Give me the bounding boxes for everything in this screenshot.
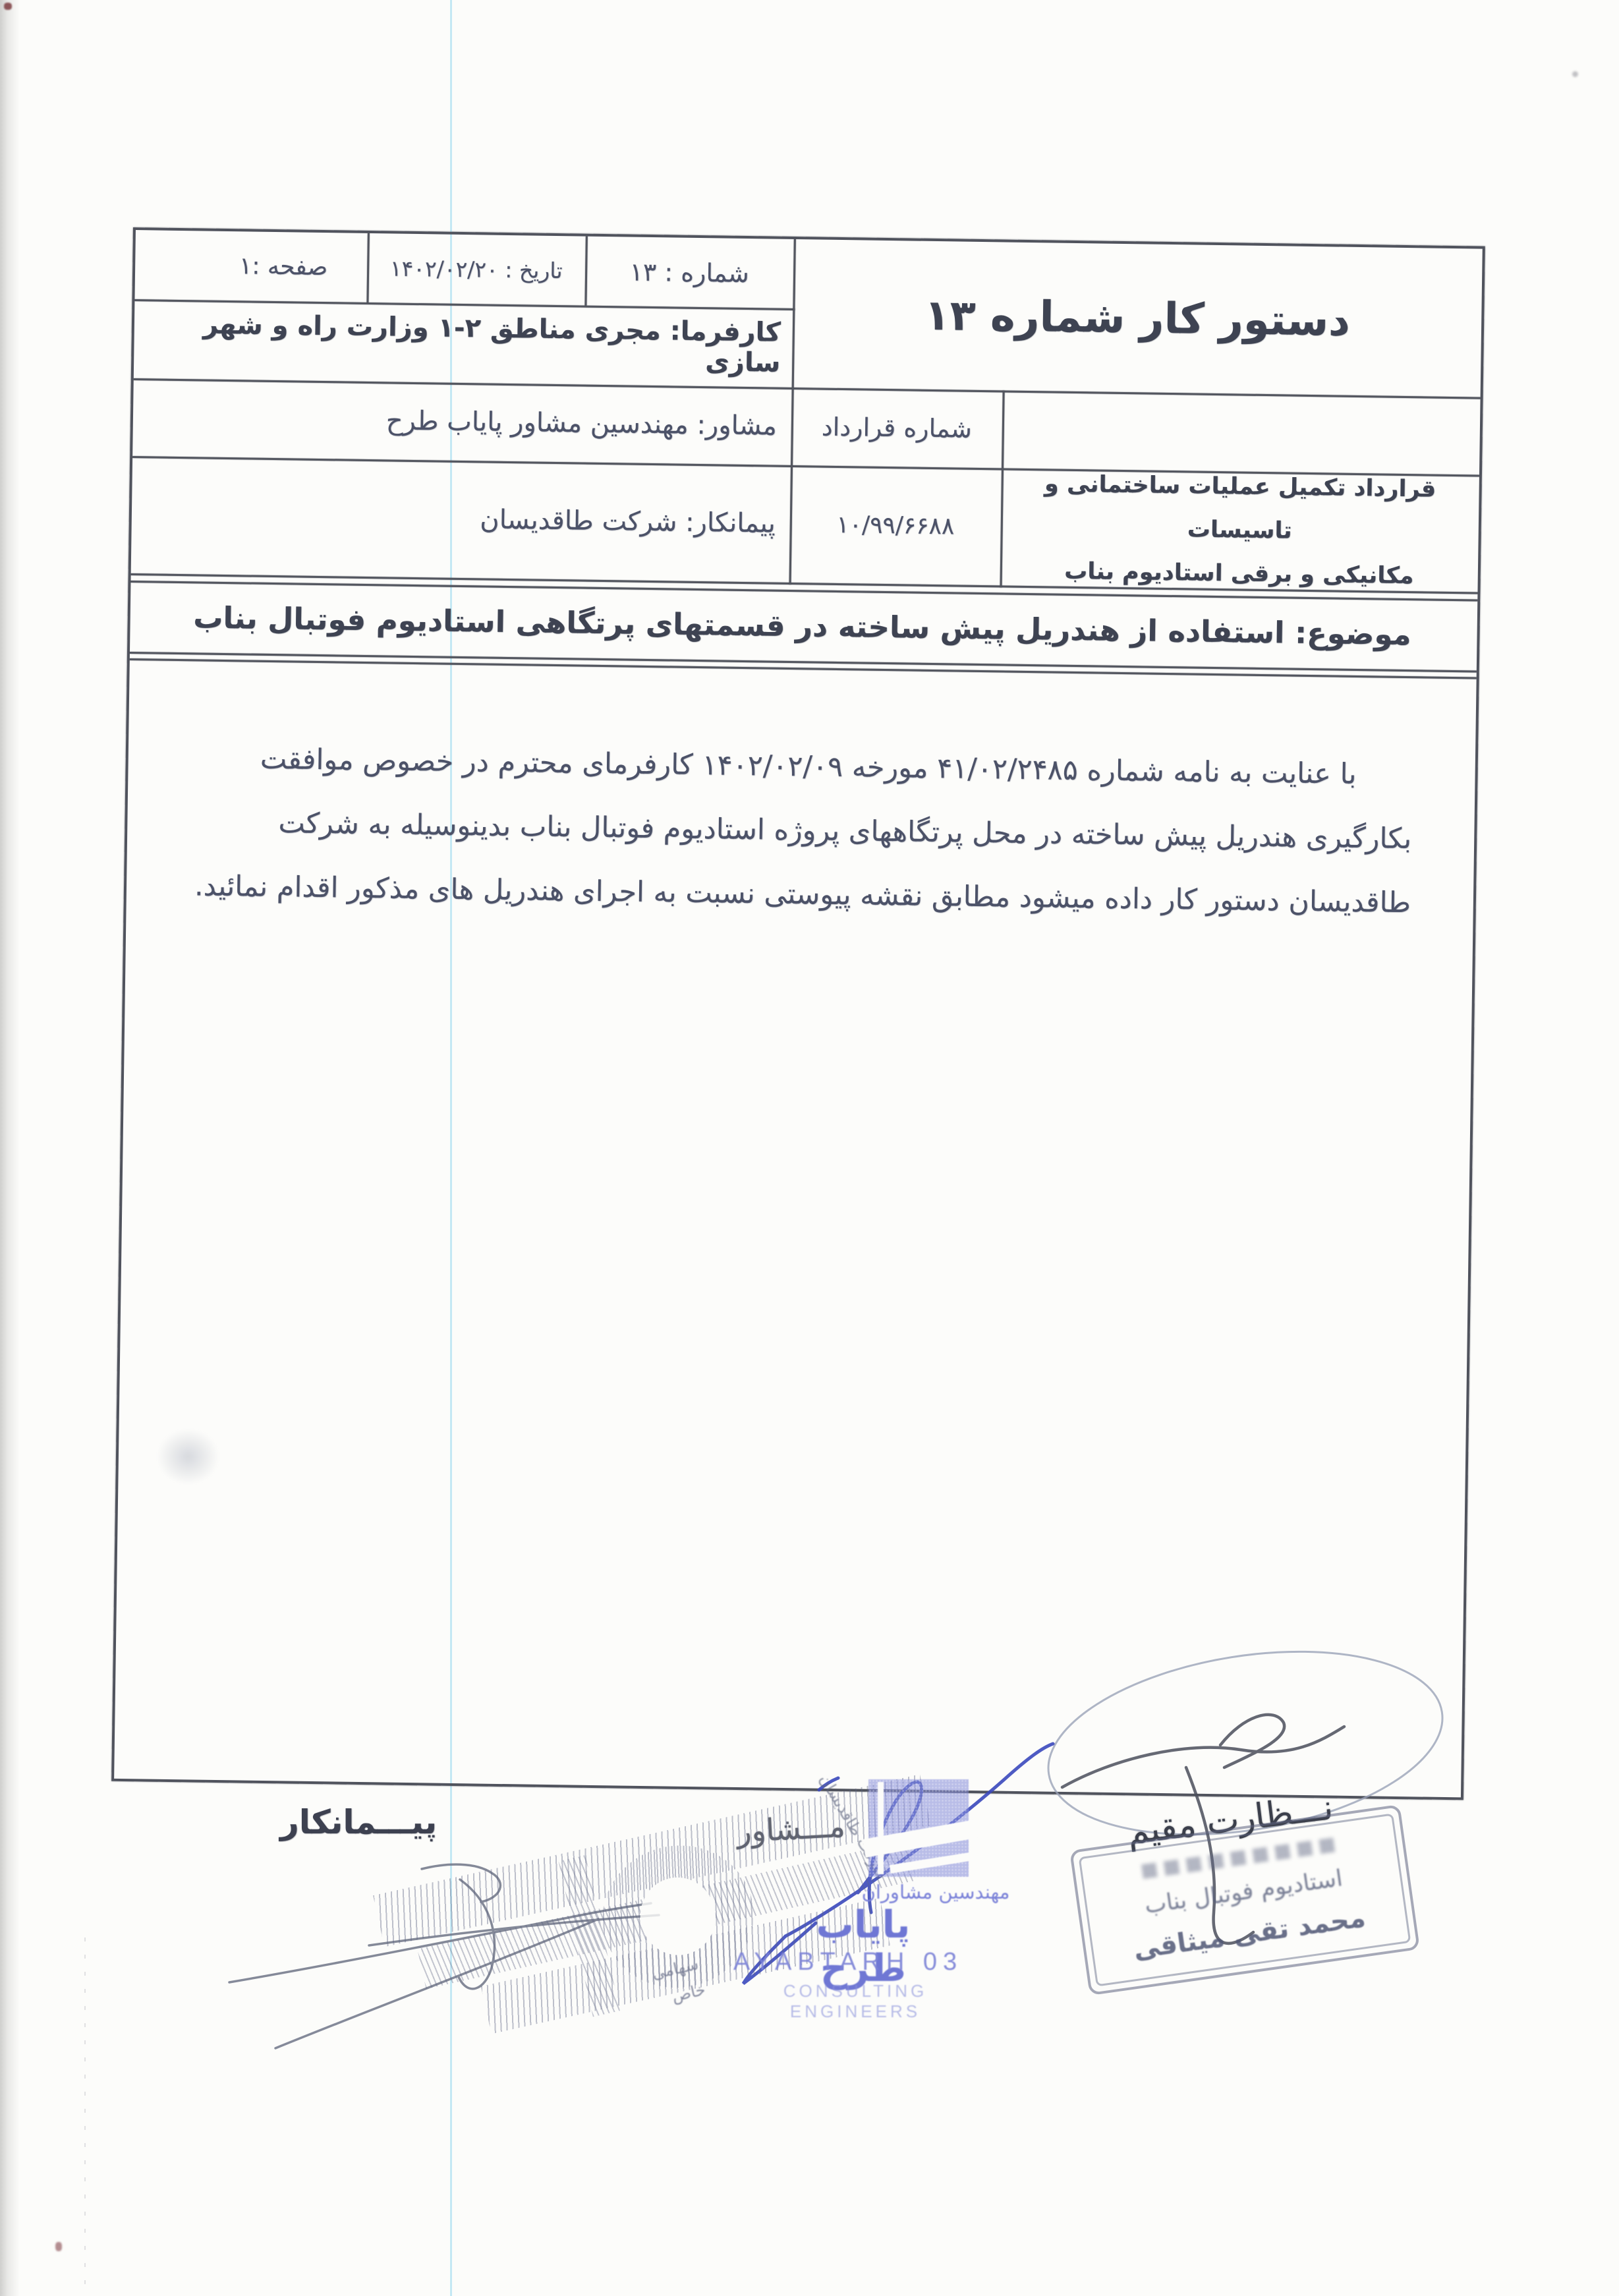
- date-cell: تاریخ : ۱۴۰۲/۰۲/۲۰: [366, 233, 585, 306]
- consultant-stamp-brand: پایاب طرح: [774, 1903, 952, 1990]
- supervisor-stamp: استادیوم فوتبال بناب محمد تقی میثاقی: [1069, 1804, 1420, 1995]
- consultant-stamp-latin-sub: CONSULTING ENGINEERS: [717, 1981, 994, 2022]
- work-order-table: دستور کار شماره ۱۳ شماره : ۱۳ تاریخ : ۱۴…: [111, 227, 1485, 1800]
- page-number-cell: صفحه :۱: [134, 230, 367, 302]
- scanned-work-order-page: دستور کار شماره ۱۳ شماره : ۱۳ تاریخ : ۱۴…: [0, 0, 1619, 2296]
- order-number-cell: شماره : ۱۳: [584, 237, 793, 308]
- scanner-edge-shadow: [0, 0, 20, 2296]
- contractor-signature-label: پیـــمانکار: [280, 1803, 437, 1841]
- contract-number-value-cell: ۱۰/۹۹/۶۶۸۸: [789, 465, 1002, 585]
- contract-number-label-cell: شماره قرارداد: [791, 387, 1003, 468]
- contract-name-cell: قرارداد تکمیل عملیات ساختمانی و تاسیسات …: [1000, 468, 1479, 592]
- contract-name-line1: قرارداد تکمیل عملیات ساختمانی و تاسیسات: [1000, 461, 1479, 555]
- logo-white-slash: [890, 1852, 974, 1874]
- document-title: دستور کار شماره ۱۳: [792, 239, 1483, 397]
- employer-cell: کارفرما: مجری مناطق ۲-۱ وزارت راه و شهر …: [134, 299, 793, 387]
- contract-name-line2: مکانیکی و برقی استادیوم بناب: [1064, 550, 1414, 598]
- payabtarh-logo: [868, 1779, 969, 1877]
- scan-speck: [55, 2242, 62, 2251]
- scan-speck: [4, 3, 12, 10]
- consultant-stamp-latin-name: AYABTARH 03: [706, 1948, 990, 1976]
- consultant-cell: مشاور: مهندسین مشاور پایاب طرح: [132, 378, 792, 465]
- logo-white-strip: [878, 1782, 884, 1874]
- contractor-cell: پیمانکار: شرکت طاقدیسان: [131, 456, 791, 583]
- scanner-dotted-artifact: [84, 1937, 86, 2293]
- body-text: با عنایت به نامه شماره ۴۱/۰۲/۲۴۸۵ مورخه …: [115, 665, 1476, 1738]
- consultant-stamp-org: مهندسین مشاوران: [853, 1881, 1018, 1903]
- scan-speck: [1572, 71, 1578, 77]
